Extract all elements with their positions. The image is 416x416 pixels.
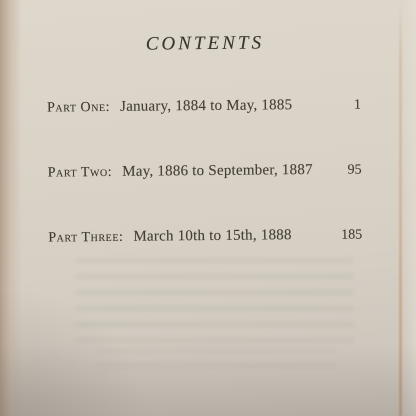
toc-entry-description: March 10th to 15th, 1888 — [133, 227, 333, 246]
toc-entry-page-number: 95 — [348, 162, 362, 179]
toc-entry-part-three: Part Three: March 10th to 15th, 1888 185 — [48, 227, 362, 247]
toc-entry-part-two: Part Two: May, 1886 to September, 1887 9… — [48, 162, 362, 182]
bottom-shadow — [0, 344, 416, 416]
toc-entry-label: Part One: — [47, 99, 120, 117]
table-of-contents: Part One: January, 1884 to May, 1885 1 P… — [47, 97, 362, 247]
toc-entry-description: May, 1886 to September, 1887 — [122, 162, 340, 181]
book-page-photo: CONTENTS Part One: January, 1884 to May,… — [0, 0, 416, 416]
toc-entry-label: Part Three: — [48, 229, 133, 247]
page-title-text: CONTENTS — [146, 32, 265, 54]
toc-entry-description: January, 1884 to May, 1885 — [120, 97, 346, 116]
toc-entry-label: Part Two: — [48, 164, 123, 182]
page-title: CONTENTS — [46, 32, 360, 57]
toc-entry-page-number: 1 — [354, 97, 361, 114]
toc-entry-part-one: Part One: January, 1884 to May, 1885 1 — [47, 97, 361, 117]
toc-entry-page-number: 185 — [341, 227, 362, 244]
